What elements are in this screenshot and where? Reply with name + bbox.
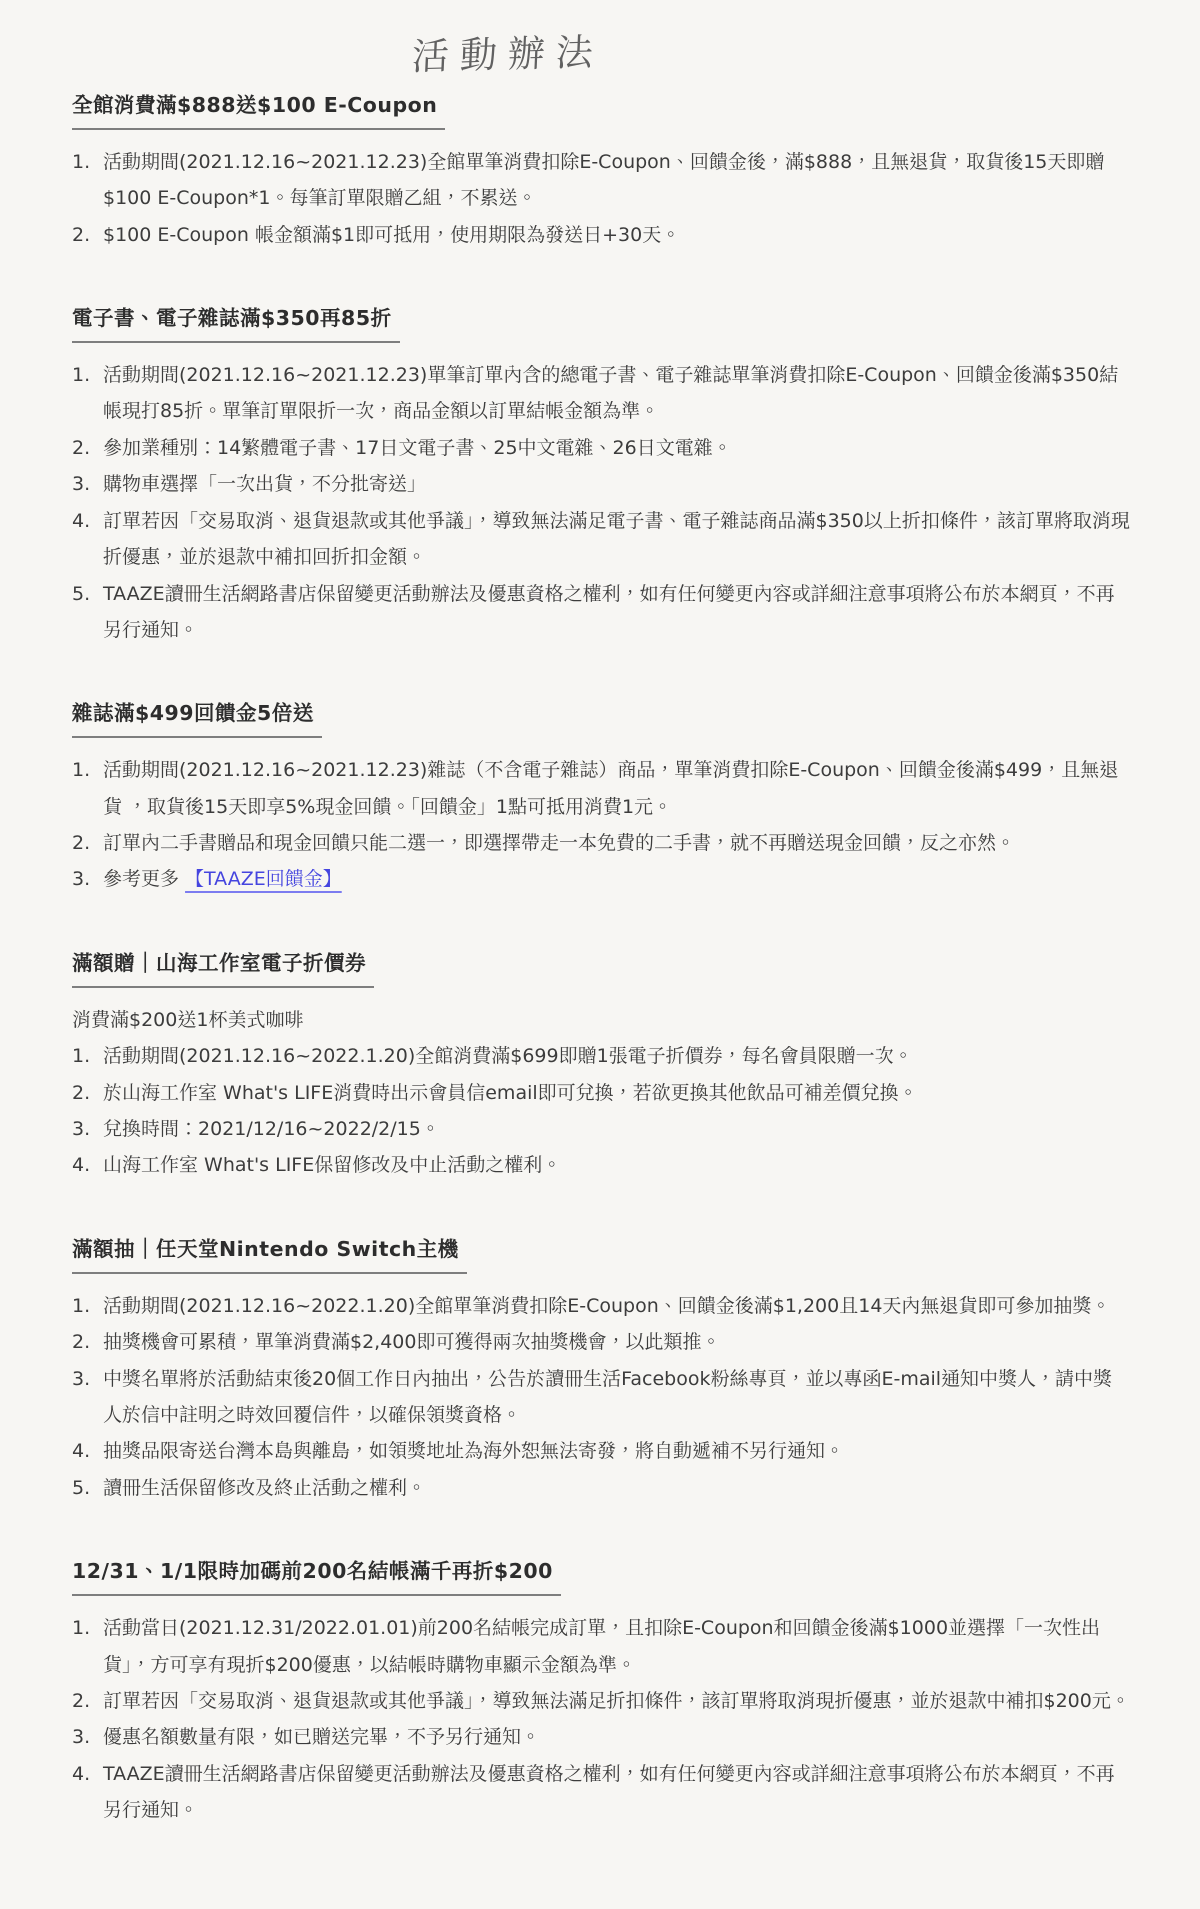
list-item: 3.購物車選擇「一次出貨，不分批寄送」 bbox=[72, 466, 1130, 502]
item-number: 1. bbox=[72, 1038, 103, 1074]
section-heading-text: 電子書、電子雜誌滿$350再85折 bbox=[72, 305, 400, 343]
item-number: 3. bbox=[72, 861, 103, 897]
rule-list: 1.活動期間(2021.12.16~2021.12.23)單筆訂單內含的總電子書… bbox=[72, 357, 1130, 649]
list-item: 2.參加業種別：14繁體電子書、17日文電子書、25中文電雜、26日文電雜。 bbox=[72, 430, 1130, 466]
list-item: 5.讀冊生活保留修改及終止活動之權利。 bbox=[72, 1470, 1130, 1506]
item-text: 抽獎品限寄送台灣本島與離島，如領獎地址為海外恕無法寄發，將自動遞補不另行通知。 bbox=[103, 1433, 1130, 1469]
promo-section: 12/31、1/1限時加碼前200名結帳滿千再折$2001.活動當日(2021.… bbox=[72, 1558, 1130, 1828]
item-number: 2. bbox=[72, 825, 103, 861]
taaze-rewards-link[interactable]: 【TAAZE回饋金】 bbox=[185, 868, 342, 890]
item-number: 2. bbox=[72, 1324, 103, 1360]
item-text: 抽獎機會可累積，單筆消費滿$2,400即可獲得兩次抽獎機會，以此類推。 bbox=[103, 1324, 1130, 1360]
item-number: 4. bbox=[72, 1756, 103, 1792]
item-text: $100 E-Coupon 帳金額滿$1即可抵用，使用期限為發送日+30天。 bbox=[103, 217, 1130, 253]
content: 全館消費滿$888送$100 E-Coupon1.活動期間(2021.12.16… bbox=[72, 92, 1130, 1829]
promo-rules-page: 活動辦法 全館消費滿$888送$100 E-Coupon1.活動期間(2021.… bbox=[0, 0, 1200, 1909]
item-text: 山海工作室 What's LIFE保留修改及中止活動之權利。 bbox=[103, 1147, 1130, 1183]
rule-list: 1.活動期間(2021.12.16~2022.1.20)全館單筆消費扣除E-Co… bbox=[72, 1288, 1130, 1507]
item-number: 2. bbox=[72, 1683, 103, 1719]
item-number: 1. bbox=[72, 1288, 103, 1324]
rule-list: 1.活動期間(2021.12.16~2021.12.23)雜誌（不含電子雜誌）商… bbox=[72, 752, 1130, 898]
item-text: 訂單若因「交易取消、退貨退款或其他爭議」，導致無法滿足電子書、電子雜誌商品滿$3… bbox=[103, 503, 1130, 576]
item-number: 2. bbox=[72, 217, 103, 253]
item-number: 3. bbox=[72, 1719, 103, 1755]
section-heading-text: 滿額抽｜任天堂Nintendo Switch主機 bbox=[72, 1236, 467, 1274]
item-number: 4. bbox=[72, 1147, 103, 1183]
item-text: 活動期間(2021.12.16~2021.12.23)全館單筆消費扣除E-Cou… bbox=[103, 144, 1130, 217]
list-item: 3.中獎名單將於活動結束後20個工作日內抽出，公告於讀冊生活Facebook粉絲… bbox=[72, 1361, 1130, 1434]
item-number: 2. bbox=[72, 430, 103, 466]
rule-list: 1.活動期間(2021.12.16~2021.12.23)全館單筆消費扣除E-C… bbox=[72, 144, 1130, 253]
section-intro: 消費滿$200送1杯美式咖啡 bbox=[72, 1002, 1130, 1038]
list-item: 2.$100 E-Coupon 帳金額滿$1即可抵用，使用期限為發送日+30天。 bbox=[72, 217, 1130, 253]
item-text: 兌換時間：2021/12/16~2022/2/15。 bbox=[103, 1111, 1130, 1147]
list-item: 1.活動期間(2021.12.16~2021.12.23)單筆訂單內含的總電子書… bbox=[72, 357, 1130, 430]
item-text: 讀冊生活保留修改及終止活動之權利。 bbox=[103, 1470, 1130, 1506]
item-text: 優惠名額數量有限，如已贈送完畢，不予另行通知。 bbox=[103, 1719, 1130, 1755]
item-text: 活動期間(2021.12.16~2022.1.20)全館單筆消費扣除E-Coup… bbox=[103, 1288, 1130, 1324]
section-heading-text: 雜誌滿$499回饋金5倍送 bbox=[72, 700, 322, 738]
list-item: 2.訂單若因「交易取消、退貨退款或其他爭議」，導致無法滿足折扣條件，該訂單將取消… bbox=[72, 1683, 1130, 1719]
section-heading: 滿額贈｜山海工作室電子折價券 bbox=[72, 950, 1130, 988]
item-text: 訂單內二手書贈品和現金回饋只能二選一，即選擇帶走一本免費的二手書，就不再贈送現金… bbox=[103, 825, 1130, 861]
section-heading: 滿額抽｜任天堂Nintendo Switch主機 bbox=[72, 1236, 1130, 1274]
item-text: 參考更多 【TAAZE回饋金】 bbox=[103, 861, 1130, 897]
section-heading: 全館消費滿$888送$100 E-Coupon bbox=[72, 92, 1130, 130]
item-text: 活動期間(2021.12.16~2021.12.23)雜誌（不含電子雜誌）商品，… bbox=[103, 752, 1130, 825]
list-item: 2.於山海工作室 What's LIFE消費時出示會員信email即可兌換，若欲… bbox=[72, 1075, 1130, 1111]
item-number: 5. bbox=[72, 576, 103, 612]
promo-section: 滿額抽｜任天堂Nintendo Switch主機1.活動期間(2021.12.1… bbox=[72, 1236, 1130, 1506]
item-text: TAAZE讀冊生活網路書店保留變更活動辦法及優惠資格之權利，如有任何變更內容或詳… bbox=[103, 1756, 1130, 1829]
promo-section: 電子書、電子雜誌滿$350再85折1.活動期間(2021.12.16~2021.… bbox=[72, 305, 1130, 648]
list-item: 1.活動期間(2021.12.16~2022.1.20)全館消費滿$699即贈1… bbox=[72, 1038, 1130, 1074]
item-number: 1. bbox=[72, 1610, 103, 1646]
list-item: 1.活動期間(2021.12.16~2021.12.23)全館單筆消費扣除E-C… bbox=[72, 144, 1130, 217]
item-number: 3. bbox=[72, 1361, 103, 1397]
list-item: 4.TAAZE讀冊生活網路書店保留變更活動辦法及優惠資格之權利，如有任何變更內容… bbox=[72, 1756, 1130, 1829]
item-text: 參加業種別：14繁體電子書、17日文電子書、25中文電雜、26日文電雜。 bbox=[103, 430, 1130, 466]
item-text: 活動期間(2021.12.16~2022.1.20)全館消費滿$699即贈1張電… bbox=[103, 1038, 1130, 1074]
section-heading-text: 12/31、1/1限時加碼前200名結帳滿千再折$200 bbox=[72, 1558, 561, 1596]
list-item: 4.抽獎品限寄送台灣本島與離島，如領獎地址為海外恕無法寄發，將自動遞補不另行通知… bbox=[72, 1433, 1130, 1469]
section-heading: 雜誌滿$499回饋金5倍送 bbox=[72, 700, 1130, 738]
item-text: 訂單若因「交易取消、退貨退款或其他爭議」，導致無法滿足折扣條件，該訂單將取消現折… bbox=[103, 1683, 1130, 1719]
list-item: 3.參考更多 【TAAZE回饋金】 bbox=[72, 861, 1130, 897]
section-heading-text: 全館消費滿$888送$100 E-Coupon bbox=[72, 92, 445, 130]
rule-list: 1.活動期間(2021.12.16~2022.1.20)全館消費滿$699即贈1… bbox=[72, 1038, 1130, 1184]
item-text: TAAZE讀冊生活網路書店保留變更活動辦法及優惠資格之權利，如有任何變更內容或詳… bbox=[103, 576, 1130, 649]
promo-section: 滿額贈｜山海工作室電子折價券消費滿$200送1杯美式咖啡1.活動期間(2021.… bbox=[72, 950, 1130, 1184]
item-number: 2. bbox=[72, 1075, 103, 1111]
list-item: 1.活動當日(2021.12.31/2022.01.01)前200名結帳完成訂單… bbox=[72, 1610, 1130, 1683]
item-text: 購物車選擇「一次出貨，不分批寄送」 bbox=[103, 466, 1130, 502]
section-heading: 12/31、1/1限時加碼前200名結帳滿千再折$200 bbox=[72, 1558, 1130, 1596]
item-number: 4. bbox=[72, 503, 103, 539]
item-number: 3. bbox=[72, 466, 103, 502]
rule-list: 1.活動當日(2021.12.31/2022.01.01)前200名結帳完成訂單… bbox=[72, 1610, 1130, 1829]
promo-section: 全館消費滿$888送$100 E-Coupon1.活動期間(2021.12.16… bbox=[72, 92, 1130, 253]
item-number: 3. bbox=[72, 1111, 103, 1147]
item-number: 5. bbox=[72, 1470, 103, 1506]
list-item: 1.活動期間(2021.12.16~2022.1.20)全館單筆消費扣除E-Co… bbox=[72, 1288, 1130, 1324]
item-text: 於山海工作室 What's LIFE消費時出示會員信email即可兌換，若欲更換… bbox=[103, 1075, 1130, 1111]
list-item: 4.訂單若因「交易取消、退貨退款或其他爭議」，導致無法滿足電子書、電子雜誌商品滿… bbox=[72, 503, 1130, 576]
item-number: 1. bbox=[72, 144, 103, 180]
section-heading-text: 滿額贈｜山海工作室電子折價券 bbox=[72, 950, 374, 988]
list-item: 2.抽獎機會可累積，單筆消費滿$2,400即可獲得兩次抽獎機會，以此類推。 bbox=[72, 1324, 1130, 1360]
item-text: 活動期間(2021.12.16~2021.12.23)單筆訂單內含的總電子書、電… bbox=[103, 357, 1130, 430]
promo-section: 雜誌滿$499回饋金5倍送1.活動期間(2021.12.16~2021.12.2… bbox=[72, 700, 1130, 898]
list-item: 5.TAAZE讀冊生活網路書店保留變更活動辦法及優惠資格之權利，如有任何變更內容… bbox=[72, 576, 1130, 649]
item-number: 1. bbox=[72, 752, 103, 788]
list-item: 1.活動期間(2021.12.16~2021.12.23)雜誌（不含電子雜誌）商… bbox=[72, 752, 1130, 825]
list-item: 2.訂單內二手書贈品和現金回饋只能二選一，即選擇帶走一本免費的二手書，就不再贈送… bbox=[72, 825, 1130, 861]
item-text: 活動當日(2021.12.31/2022.01.01)前200名結帳完成訂單，且… bbox=[103, 1610, 1130, 1683]
page-title: 活動辦法 bbox=[411, 21, 605, 80]
item-number: 4. bbox=[72, 1433, 103, 1469]
list-item: 4.山海工作室 What's LIFE保留修改及中止活動之權利。 bbox=[72, 1147, 1130, 1183]
item-number: 1. bbox=[72, 357, 103, 393]
list-item: 3.兌換時間：2021/12/16~2022/2/15。 bbox=[72, 1111, 1130, 1147]
list-item: 3.優惠名額數量有限，如已贈送完畢，不予另行通知。 bbox=[72, 1719, 1130, 1755]
item-text: 中獎名單將於活動結束後20個工作日內抽出，公告於讀冊生活Facebook粉絲專頁… bbox=[103, 1361, 1130, 1434]
section-heading: 電子書、電子雜誌滿$350再85折 bbox=[72, 305, 1130, 343]
